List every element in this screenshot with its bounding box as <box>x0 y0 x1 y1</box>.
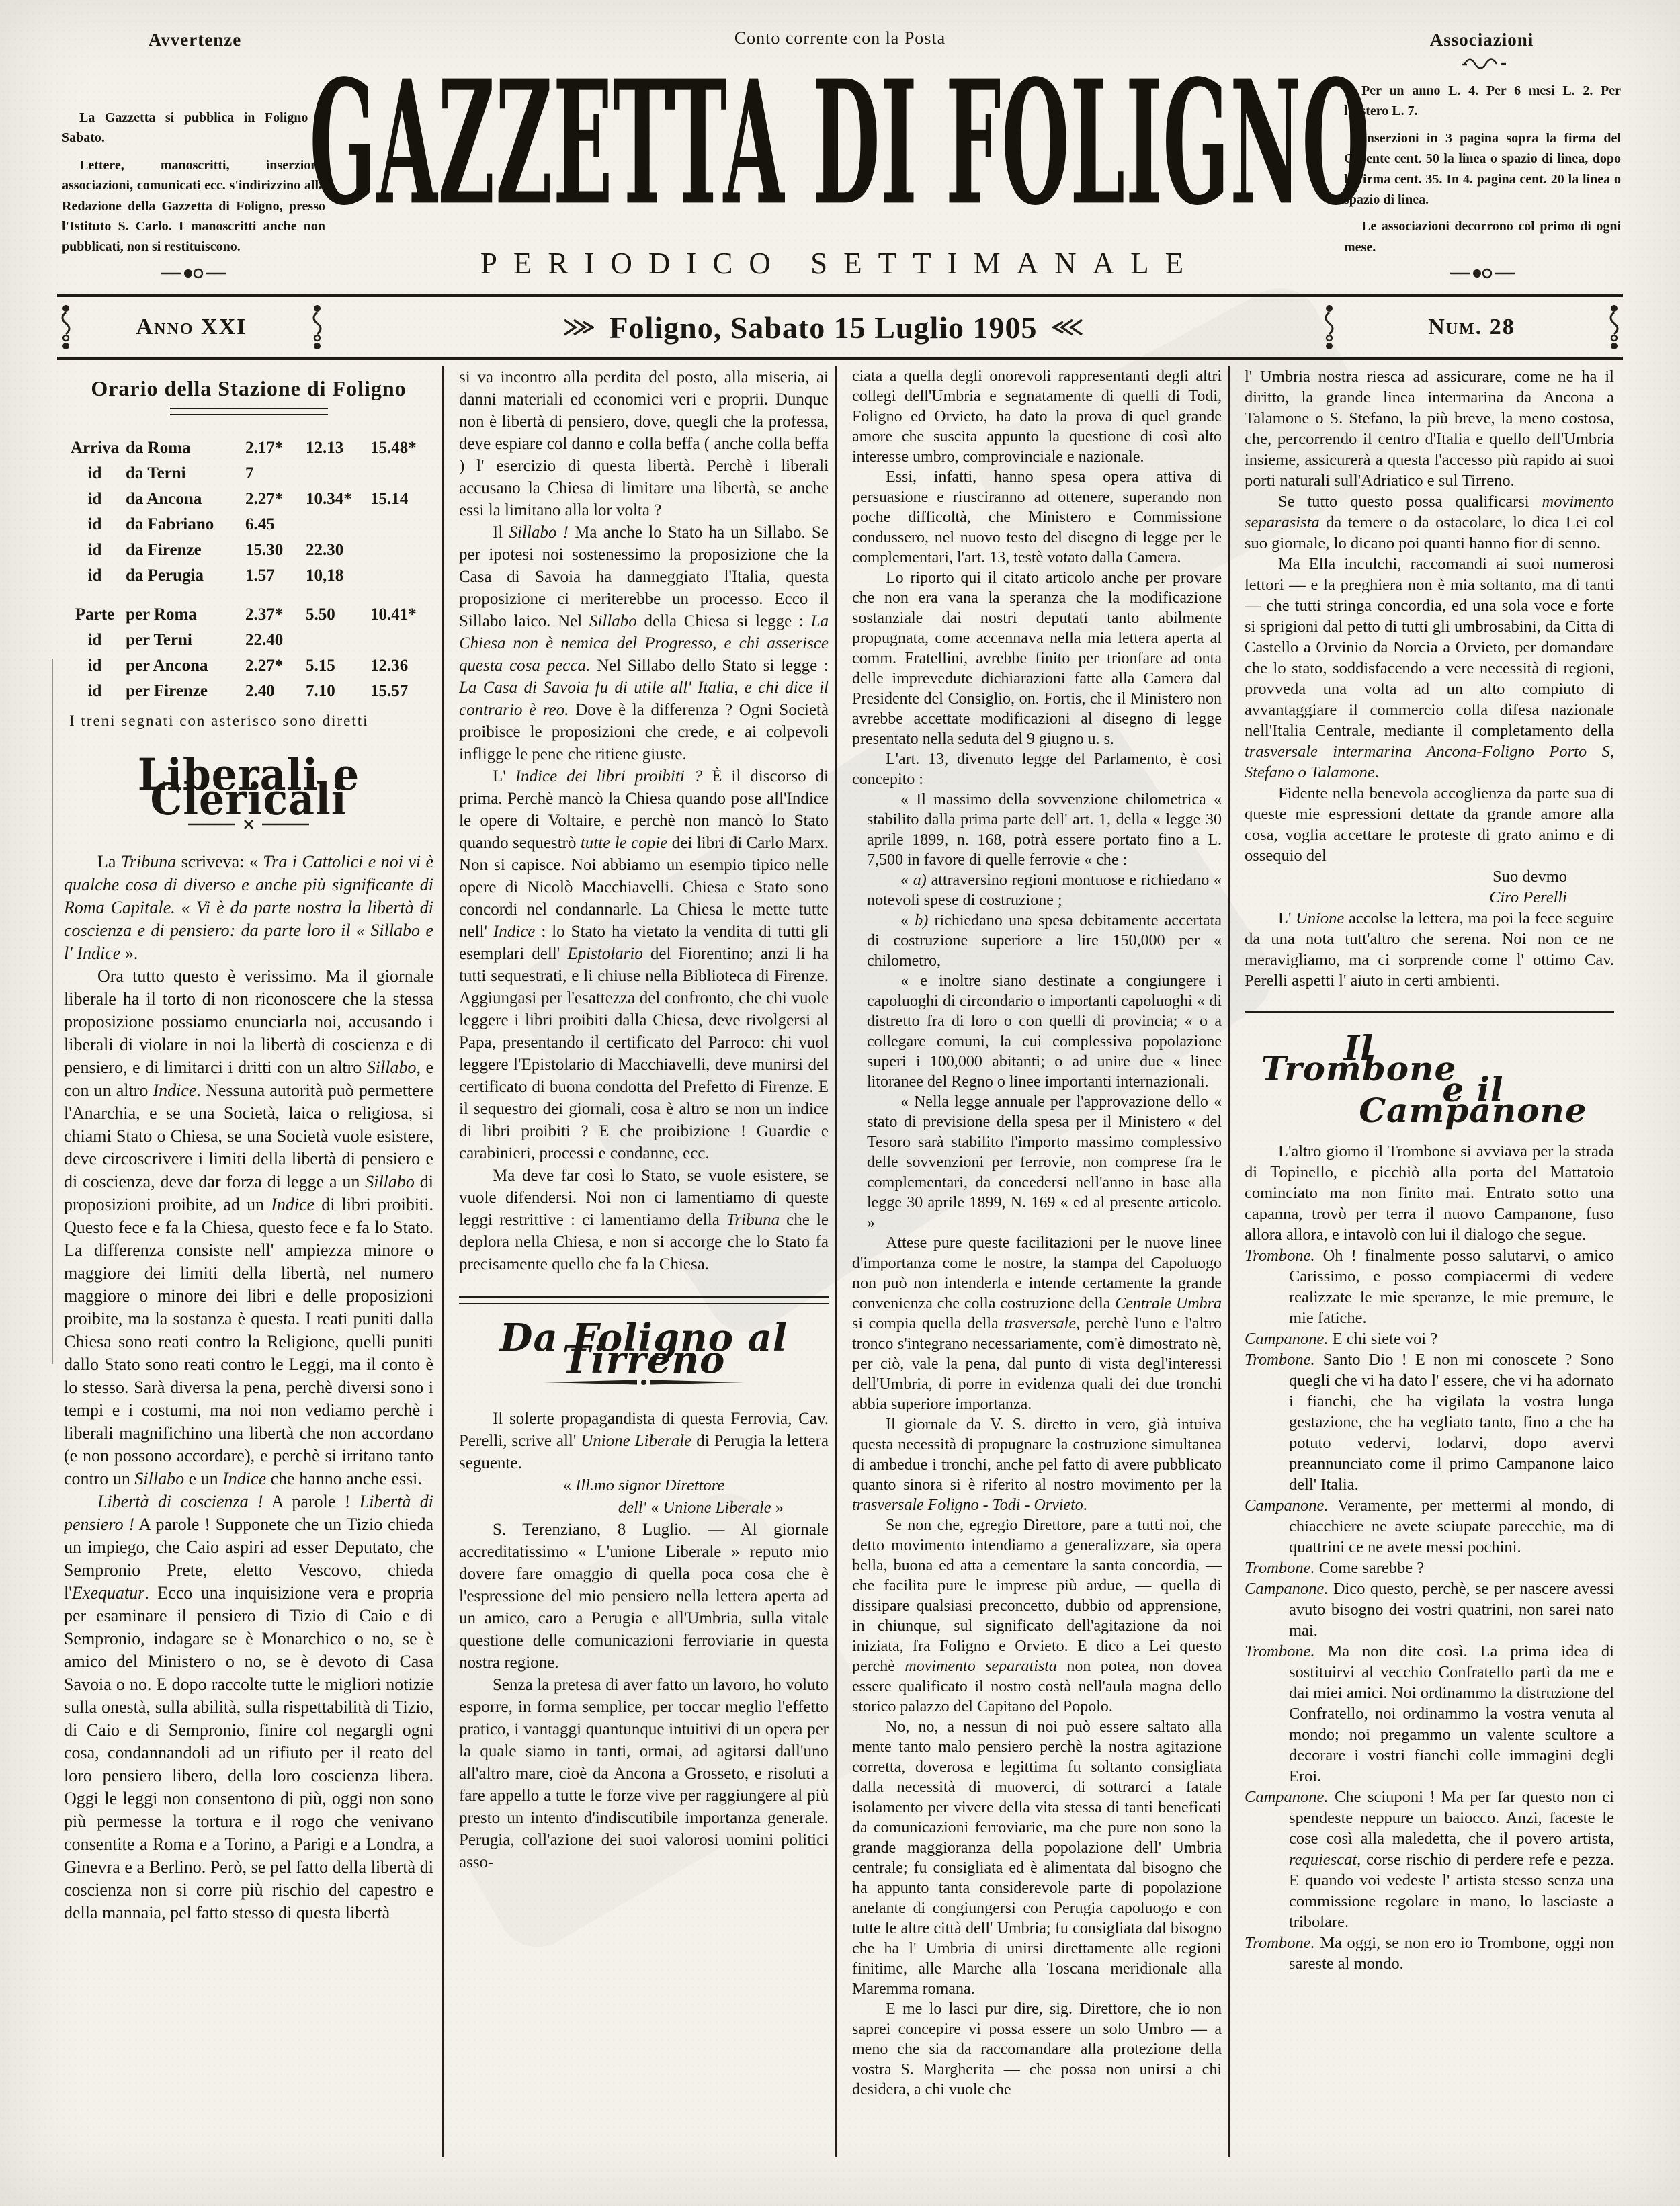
column-1: Orario della Stazione di Foligno Arrivad… <box>64 366 433 2180</box>
paragraph: Se non che, egregio Direttore, pare a tu… <box>852 1515 1222 1717</box>
timetable-row: idda Firenze15.3022.30 <box>64 538 433 563</box>
dateline-label: Foligno, Sabato 15 Luglio 1905 <box>609 310 1037 345</box>
paragraph: Il solerte propagandista di questa Ferro… <box>459 1408 829 1474</box>
column-rule <box>442 366 444 2157</box>
signature: Suo devmo <box>1245 866 1614 887</box>
column-4: l' Umbria nostra riesca ad assicurare, c… <box>1245 366 1614 2180</box>
letter-heading: « Ill.mo signor Direttore <box>459 1474 829 1496</box>
law-quote-paragraph: « a) attraversino regioni montuose e ric… <box>852 870 1222 910</box>
paragraph: Attese pure queste facilitazioni per le … <box>852 1233 1222 1414</box>
paragraph: E me lo lasci pur dire, sig. Direttore, … <box>852 1999 1222 2100</box>
double-rule <box>170 408 328 415</box>
paragraph: Se tutto questo possa qualificarsi movim… <box>1245 491 1614 554</box>
paragraph: La Tribuna scriveva: « Tra i Cattolici e… <box>64 851 433 965</box>
paragraph: S. Terenziano, 8 Luglio. — Al giornale a… <box>459 1519 829 1674</box>
article-title-trombone-line1: Il Trombone <box>1245 1037 1614 1079</box>
issue-banner: Anno XXI Foligno, Sabato 15 Luglio 1905 <box>57 298 1623 357</box>
date-arrow-right-icon <box>1052 317 1083 337</box>
horizontal-rule <box>57 357 1623 360</box>
paragraph: Libertà di coscienza ! A parole ! Libert… <box>64 1490 433 1924</box>
timetable-note: I treni segnati con asterisco sono diret… <box>64 710 433 732</box>
fleuron-icon <box>1320 303 1338 351</box>
law-quote-paragraph: « b) richiedano una spesa debitamente ac… <box>852 910 1222 971</box>
dialogue-line: Trombone. Santo Dio ! E non mi conoscete… <box>1245 1349 1614 1495</box>
paragraph: L'altro giorno il Trombone si avviava pe… <box>1245 1141 1614 1245</box>
masthead-subtitle: PERIODICO SETTIMANALE <box>0 246 1680 281</box>
signature-name: Ciro Perelli <box>1245 887 1614 908</box>
article-title-liberali: Liberali e Clericali <box>64 763 433 812</box>
dialogue-line: Campanone. E chi siete voi ? <box>1245 1328 1614 1349</box>
paragraph: Ma Ella inculchi, raccomandi ai suoi num… <box>1245 554 1614 783</box>
timetable: Arrivada Roma2.17*12.1315.48*23.40 idda … <box>64 435 433 704</box>
column-2: si va incontro alla perdita del posto, a… <box>459 366 829 2180</box>
dialogue-line: Campanone. Veramente, per mettermi al mo… <box>1245 1495 1614 1558</box>
timetable-row: idda Terni7 <box>64 461 433 486</box>
timetable-row: Parteper Roma2.37*5.5010.41*15.48 <box>64 602 433 628</box>
timetable-row: idper Firenze2.407.1015.570.10 <box>64 679 433 704</box>
timetable-row: idda Fabriano6.45 <box>64 512 433 538</box>
timetable-row: idda Perugia1.5710,18 <box>64 563 433 589</box>
paragraph: ciata a quella degli onorevoli rappresen… <box>852 366 1222 467</box>
letter-heading: dell' « Unione Liberale » <box>459 1496 829 1519</box>
paragraph: Ma deve far così lo Stato, se vuole esis… <box>459 1164 829 1275</box>
anno-label: Anno XXI <box>136 314 247 340</box>
paragraph: Senza la pretesa di aver fatto un lavoro… <box>459 1674 829 1873</box>
timetable-row: Arrivada Roma2.17*12.1315.48*23.40 <box>64 435 433 461</box>
paragraph: Lo riporto qui il citato articolo anche … <box>852 568 1222 749</box>
paragraph: No, no, a nessun di noi può essere salta… <box>852 1717 1222 1999</box>
paragraph: L' Indice dei libri proibiti ? È il disc… <box>459 765 829 1164</box>
dialogue-line: Campanone. Che sciuponi ! Ma per far que… <box>1245 1787 1614 1933</box>
paragraph: Fidente nella benevola accoglienza da pa… <box>1245 783 1614 866</box>
banner-right-group: Num. 28 <box>1320 303 1623 351</box>
banner-center-group: Foligno, Sabato 15 Luglio 1905 <box>326 310 1320 345</box>
law-quote-paragraph: « Nella legge annuale per l'approvazione… <box>852 1092 1222 1233</box>
banner-left-group: Anno XXI <box>57 303 326 351</box>
timetable-title: Orario della Stazione di Foligno <box>64 377 433 400</box>
newspaper-page: Avvertenze Conto corrente con la Posta A… <box>0 0 1680 2206</box>
dialogue-line: Trombone. Come sarebbe ? <box>1245 1558 1614 1578</box>
law-quote-paragraph: « Il massimo della sovvenzione chilometr… <box>852 790 1222 870</box>
paragraph: Essi, infatti, hanno spesa opera attiva … <box>852 467 1222 568</box>
fleuron-icon <box>308 303 326 351</box>
paragraph: l' Umbria nostra riesca ad assicurare, c… <box>1245 366 1614 491</box>
paragraph: Il Sillabo ! Ma anche lo Stato ha un Sil… <box>459 521 829 765</box>
fleuron-icon <box>57 303 75 351</box>
column-3: ciata a quella degli onorevoli rappresen… <box>852 366 1222 2180</box>
scan-fold-line <box>52 659 53 1364</box>
article-title-tirreno: Da Foligno al Tirreno <box>459 1327 829 1371</box>
section-divider <box>459 1296 829 1304</box>
section-divider <box>1245 1011 1614 1013</box>
date-arrow-left-icon <box>563 317 594 337</box>
issue-number-label: Num. 28 <box>1428 314 1515 340</box>
paragraph: Il giornale da V. S. diretto in vero, gi… <box>852 1414 1222 1515</box>
timetable-row: idda Ancona2.27*10.34*15.1421,35 <box>64 486 433 512</box>
dialogue-line: Trombone. Ma oggi, se non ero io Trombon… <box>1245 1933 1614 1974</box>
column-rule <box>835 366 837 2157</box>
dialogue-line: Campanone. Dico questo, perchè, se per n… <box>1245 1578 1614 1641</box>
paragraph: L' Unione accolse la lettera, ma poi la … <box>1245 908 1614 991</box>
paragraph: Ora tutto questo è verissimo. Ma il gior… <box>64 965 433 1490</box>
timetable-row: idper Terni22.40 <box>64 628 433 653</box>
paragraph: L'art. 13, divenuto legge del Parlamento… <box>852 749 1222 790</box>
column-rule <box>1228 366 1230 2157</box>
dialogue-line: Trombone. Oh ! finalmente posso salutarv… <box>1245 1245 1614 1328</box>
timetable-row: idper Ancona2.27*5.1512.3615.55* <box>64 653 433 679</box>
horizontal-rule <box>57 294 1623 297</box>
fleuron-icon <box>1605 303 1623 351</box>
law-quote-paragraph: « e inoltre siano destinate a congiunger… <box>852 971 1222 1092</box>
paragraph: si va incontro alla perdita del posto, a… <box>459 366 829 521</box>
dialogue-line: Trombone. Ma non dite così. La prima ide… <box>1245 1641 1614 1787</box>
